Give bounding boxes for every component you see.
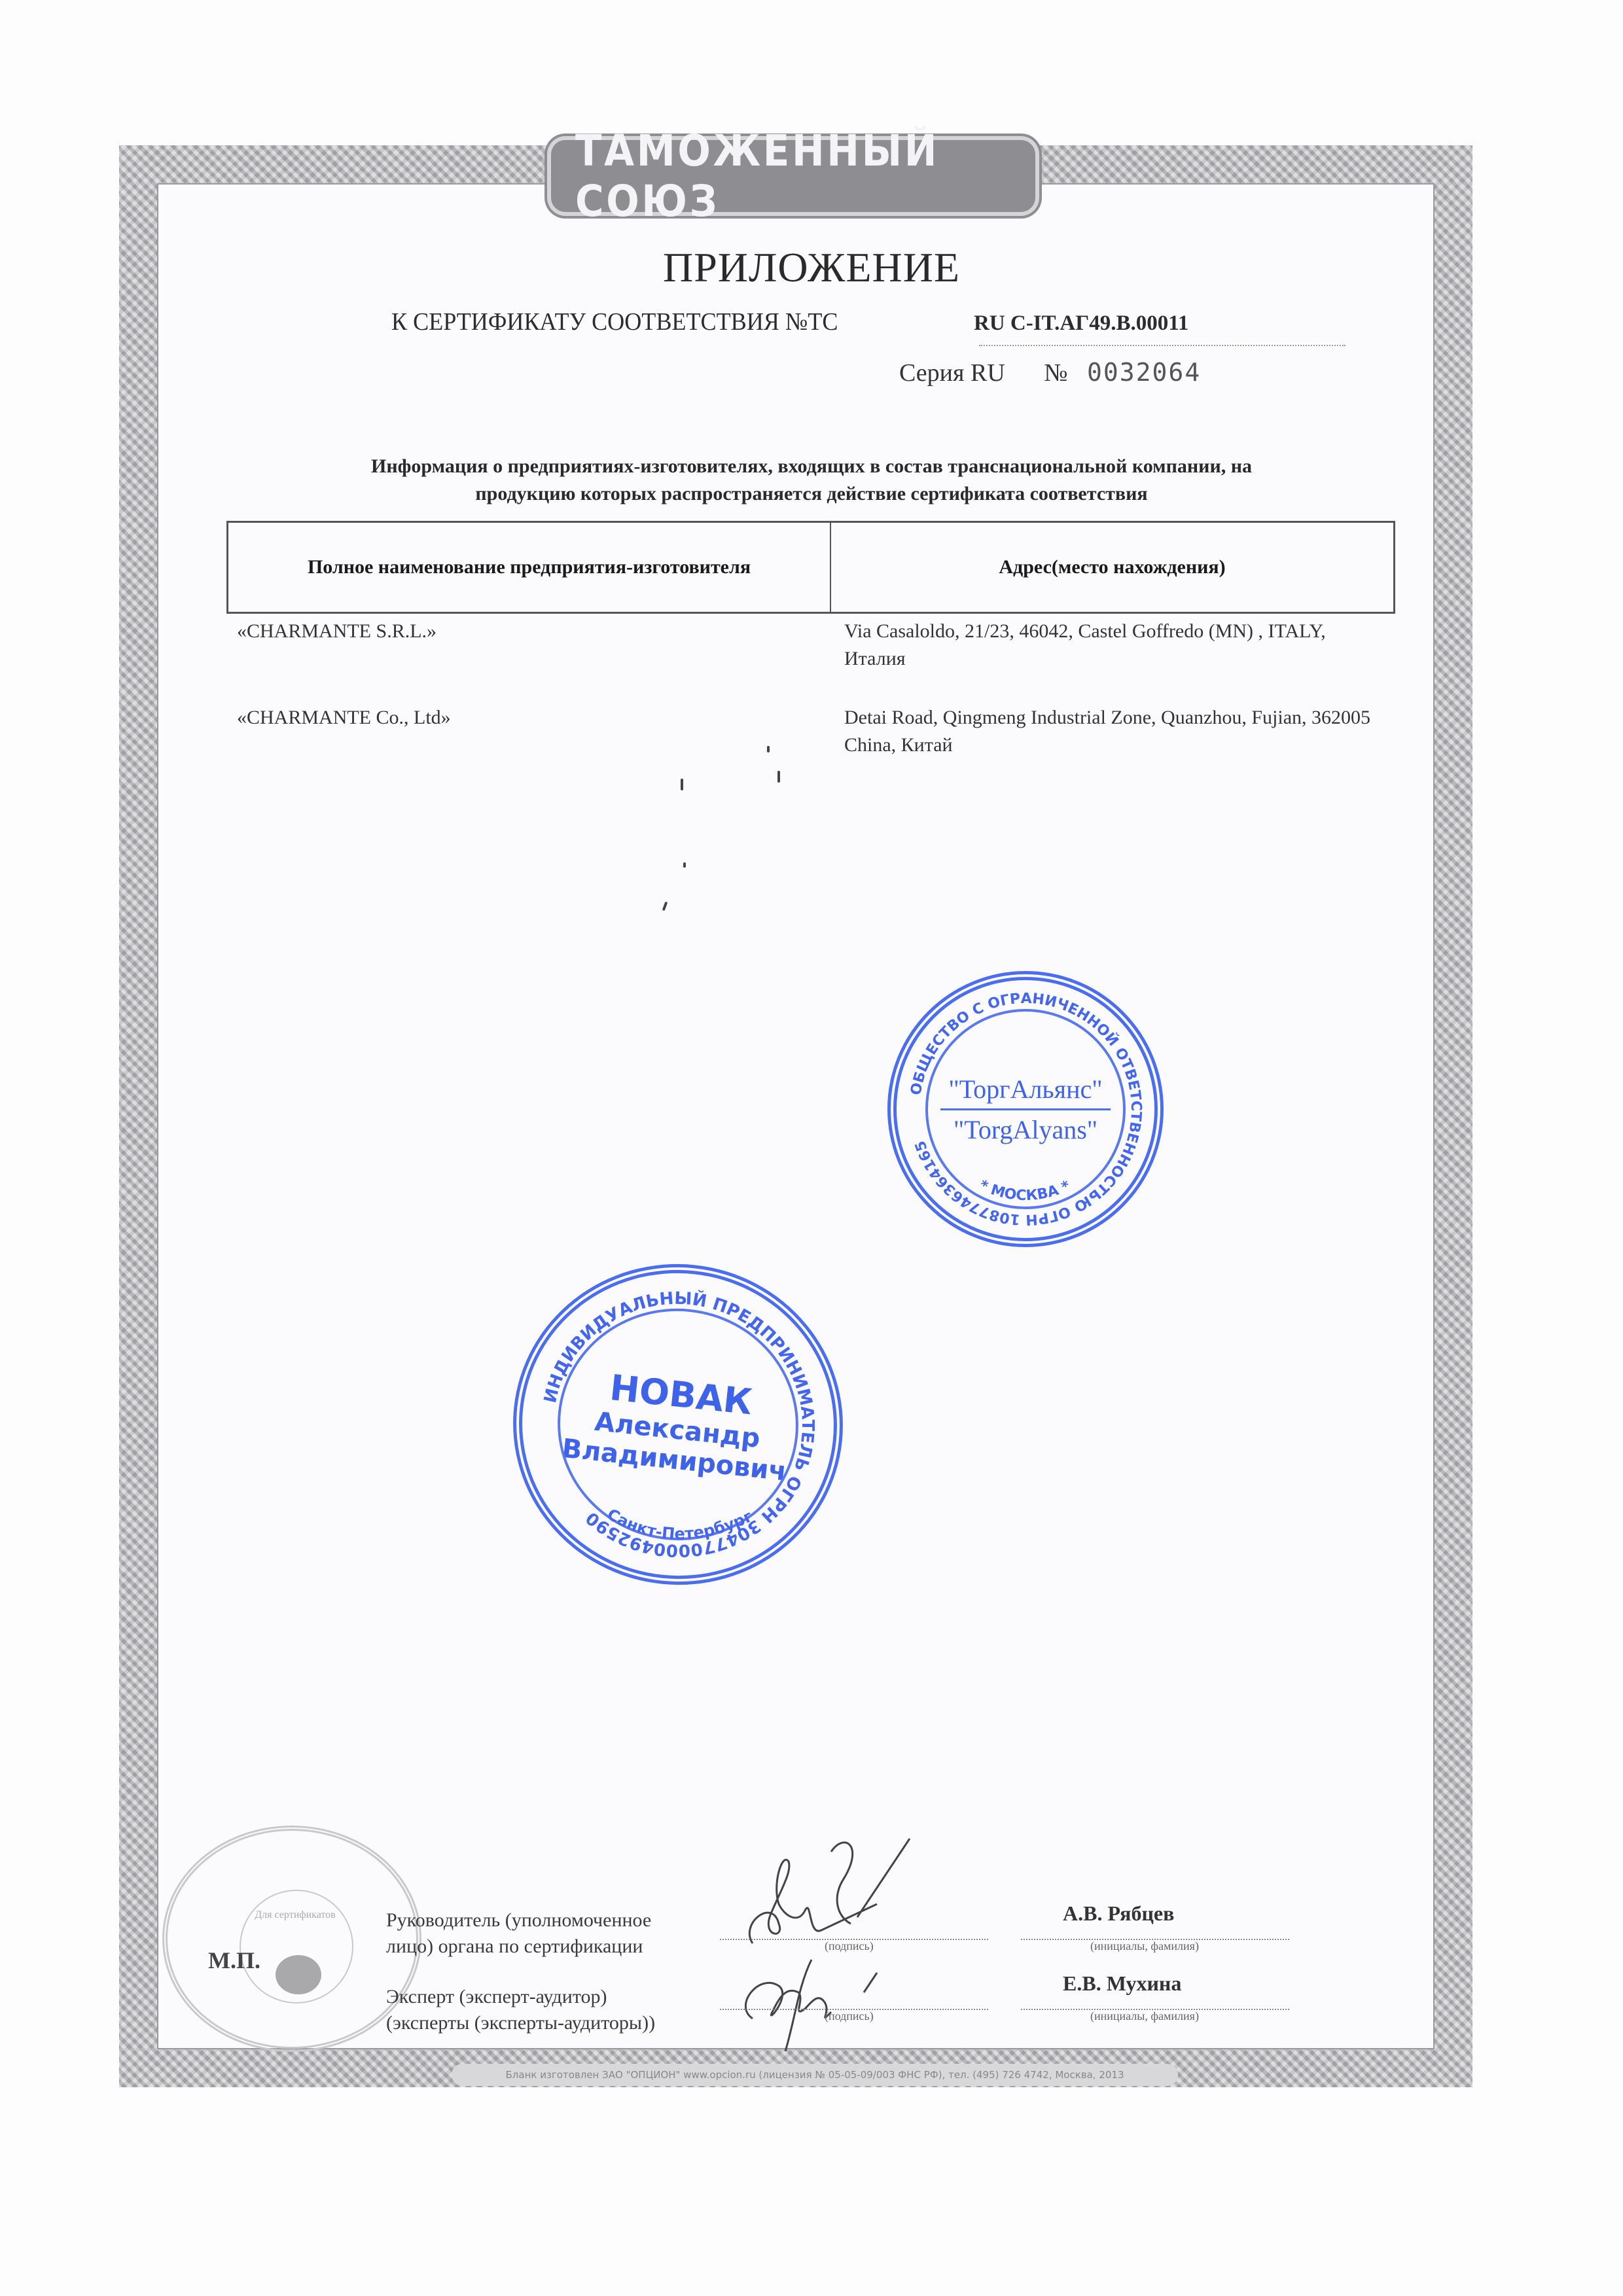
column-header-name: Полное наименование предприятия-изготови… — [228, 523, 831, 612]
document-title: ПРИЛОЖЕНИЕ — [0, 243, 1623, 292]
banner-text: ТАМОЖЕННЫЙ СОЮЗ — [575, 126, 1011, 226]
scan-speck — [777, 771, 780, 783]
expert-signatory-label: Эксперт (эксперт-аудитор) (эксперты (экс… — [386, 1984, 655, 2036]
series-label: Серия RU — [899, 359, 1005, 387]
printer-note: Бланк изготовлен ЗАО "ОПЦИОН" www.opcion… — [452, 2064, 1178, 2086]
certification-body-stamp: Для сертификатов — [162, 1826, 421, 2052]
column-header-address: Адрес(место нахождения) — [831, 523, 1393, 612]
number-sign: № — [1044, 359, 1067, 387]
certificate-label: К СЕРТИФИКАТУ СООТВЕТСТВИЯ №ТС — [391, 308, 838, 336]
scan-speck — [683, 862, 686, 868]
head-label-line-2: лицо) органа по сертификации — [386, 1934, 651, 1960]
head-name-caption: (инициалы, фамилия) — [1090, 1939, 1199, 1953]
head-label-line-1: Руководитель (уполномоченное — [386, 1907, 651, 1934]
series-line: Серия RU № 0032064 — [899, 358, 1201, 387]
stamp-center-text: Для сертификатов — [246, 1909, 344, 1921]
expert-label-line-1: Эксперт (эксперт-аудитор) — [386, 1984, 655, 2010]
expert-name: Е.В. Мухина — [1063, 1971, 1181, 1996]
svg-text:* МОСКВА *: * МОСКВА * — [977, 1177, 1073, 1204]
torgalyans-stamp: ОБЩЕСТВО С ОГРАНИЧЕННОЙ ОТВЕТСТВЕННОСТЬЮ… — [887, 971, 1164, 1247]
customs-union-banner: ТАМОЖЕННЫЙ СОЮЗ — [551, 140, 1035, 212]
head-name: А.В. Рябцев — [1063, 1901, 1174, 1926]
stamp-ring-text: ИНДИВИДУАЛЬНЫЙ ПРЕДПРИНИМАТЕЛЬ ОГРН 3047… — [497, 1248, 859, 1601]
expert-name-caption: (инициалы, фамилия) — [1090, 2009, 1199, 2023]
scan-speck — [767, 746, 770, 752]
head-signature — [733, 1826, 929, 1950]
intro-text: Информация о предприятиях-изготовителях,… — [236, 453, 1387, 508]
intro-line-2: продукцию которых распространяется дейст… — [236, 480, 1387, 508]
manufacturer-name: «CHARMANTE Co., Ltd» — [237, 704, 451, 732]
manufacturer-address: Via Casaloldo, 21/23, 46042, Castel Goff… — [844, 618, 1387, 673]
expert-label-line-2: (эксперты (эксперты-аудиторы)) — [386, 2010, 655, 2036]
stamp-ring-text: ОБЩЕСТВО С ОГРАНИЧЕННОЙ ОТВЕТСТВЕННОСТЬЮ… — [887, 971, 1164, 1247]
manufacturers-table-header: Полное наименование предприятия-изготови… — [226, 521, 1395, 614]
novak-stamp: ИНДИВИДУАЛЬНЫЙ ПРЕДПРИНИМАТЕЛЬ ОГРН 3047… — [497, 1248, 859, 1601]
form-number: 0032064 — [1087, 358, 1201, 387]
expert-signature-caption: (подпись) — [825, 2009, 874, 2023]
torg-city: * МОСКВА * — [977, 1177, 1073, 1204]
expert-signature — [726, 1947, 910, 2051]
seal-place-label: М.П. — [208, 1947, 260, 1974]
manufacturer-name: «CHARMANTE S.R.L.» — [237, 618, 437, 645]
manufacturer-address: Detai Road, Qingmeng Industrial Zone, Qu… — [844, 704, 1387, 759]
head-signatory-label: Руководитель (уполномоченное лицо) орган… — [386, 1907, 651, 1960]
scan-speck — [681, 779, 683, 790]
certificate-number: RU C-IT.АГ49.В.00011 — [974, 311, 1340, 336]
certification-logo-icon — [276, 1955, 321, 1994]
intro-line-1: Информация о предприятиях-изготовителях,… — [236, 453, 1387, 480]
certificate-number-underline — [979, 345, 1346, 346]
